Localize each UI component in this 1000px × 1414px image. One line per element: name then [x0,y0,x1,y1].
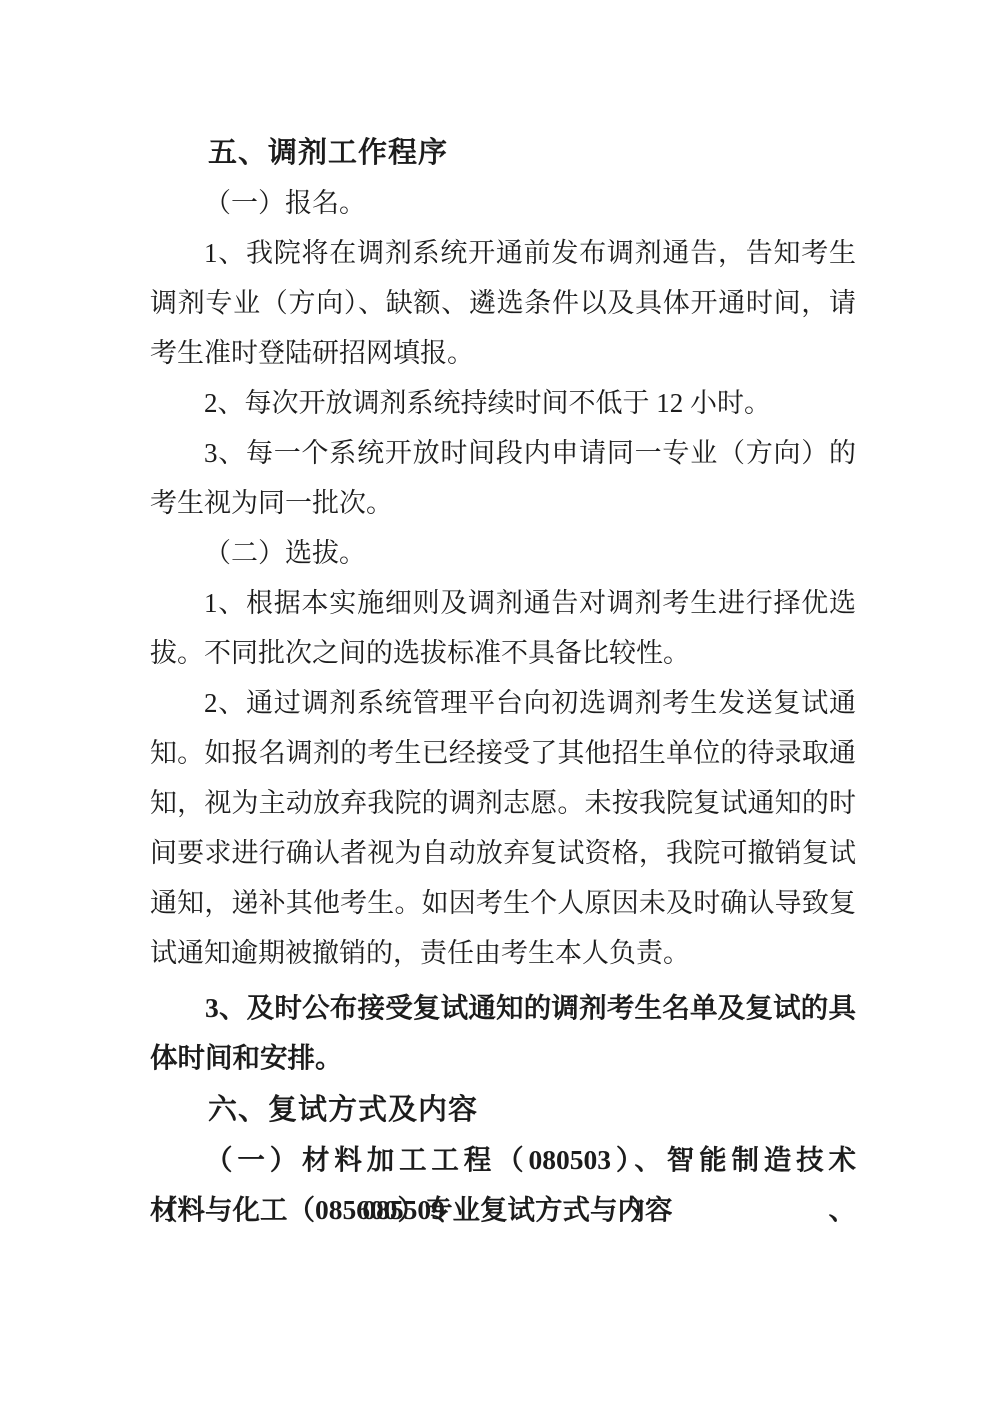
paragraph-line: 1、我院将在调剂系统开通前发布调剂通告，告知考生 [150,228,856,278]
paragraph-line: 通知，递补其他考生。如因考生个人原因未及时确认导致复 [150,878,856,928]
paragraph-line: （一）材料加工工程（080503）、智能制造技术（085509）、 [150,1135,856,1185]
paragraph-line: 知。如报名调剂的考生已经接受了其他招生单位的待录取通 [150,728,856,778]
paragraph-line: 2、通过调剂系统管理平台向初选调剂考生发送复试通 [150,678,856,728]
paragraph-line: 3、及时公布接受复试通知的调剂考生名单及复试的具 [150,983,856,1033]
paragraph-line: 试通知逾期被撤销的，责任由考生本人负责。 [150,928,856,978]
paragraph-item-2-title: （二）选拔。 [150,528,856,578]
paragraph-line: 体时间和安排。 [150,1033,856,1083]
section-heading-6: 六、复试方式及内容 [150,1085,856,1135]
paragraph-line: （一）报名。 [150,178,856,228]
document-page: 五、调剂工作程序 （一）报名。 1、我院将在调剂系统开通前发布调剂通告，告知考生… [0,0,1000,1414]
paragraph-line: （二）选拔。 [150,528,856,578]
paragraph-line: 1、根据本实施细则及调剂通告对调剂考生进行择优选 [150,578,856,628]
paragraph-line: 拔。不同批次之间的选拔标准不具备比较性。 [150,628,856,678]
paragraph-signup-2: 2、每次开放调剂系统持续时间不低于 12 小时。 [150,378,856,428]
paragraph-signup-3: 3、每一个系统开放时间段内申请同一专业（方向）的 考生视为同一批次。 [150,428,856,528]
paragraph-line: 考生视为同一批次。 [150,478,856,528]
section-heading-5: 五、调剂工作程序 [150,128,856,178]
heading-text: 五、调剂工作程序 [150,128,856,178]
paragraph-line: 3、每一个系统开放时间段内申请同一专业（方向）的 [150,428,856,478]
heading-text: 六、复试方式及内容 [150,1085,856,1135]
paragraph-line: 知，视为主动放弃我院的调剂志愿。未按我院复试通知的时 [150,778,856,828]
document-body: 五、调剂工作程序 （一）报名。 1、我院将在调剂系统开通前发布调剂通告，告知考生… [150,128,856,1235]
paragraph-line: 调剂专业（方向）、缺额、遴选条件以及具体开通时间，请 [150,278,856,328]
paragraph-line: 间要求进行确认者视为自动放弃复试资格，我院可撤销复试 [150,828,856,878]
paragraph-majors-bold: （一）材料加工工程（080503）、智能制造技术（085509）、 材料与化工（… [150,1135,856,1235]
paragraph-selection-1: 1、根据本实施细则及调剂通告对调剂考生进行择优选 拔。不同批次之间的选拔标准不具… [150,578,856,678]
paragraph-line: 考生准时登陆研招网填报。 [150,328,856,378]
paragraph-line: 2、每次开放调剂系统持续时间不低于 12 小时。 [150,378,856,428]
paragraph-signup-1: 1、我院将在调剂系统开通前发布调剂通告，告知考生 调剂专业（方向）、缺额、遴选条… [150,228,856,378]
paragraph-selection-2: 2、通过调剂系统管理平台向初选调剂考生发送复试通 知。如报名调剂的考生已经接受了… [150,678,856,978]
paragraph-selection-3-bold: 3、及时公布接受复试通知的调剂考生名单及复试的具 体时间和安排。 [150,983,856,1083]
paragraph-item-1-title: （一）报名。 [150,178,856,228]
